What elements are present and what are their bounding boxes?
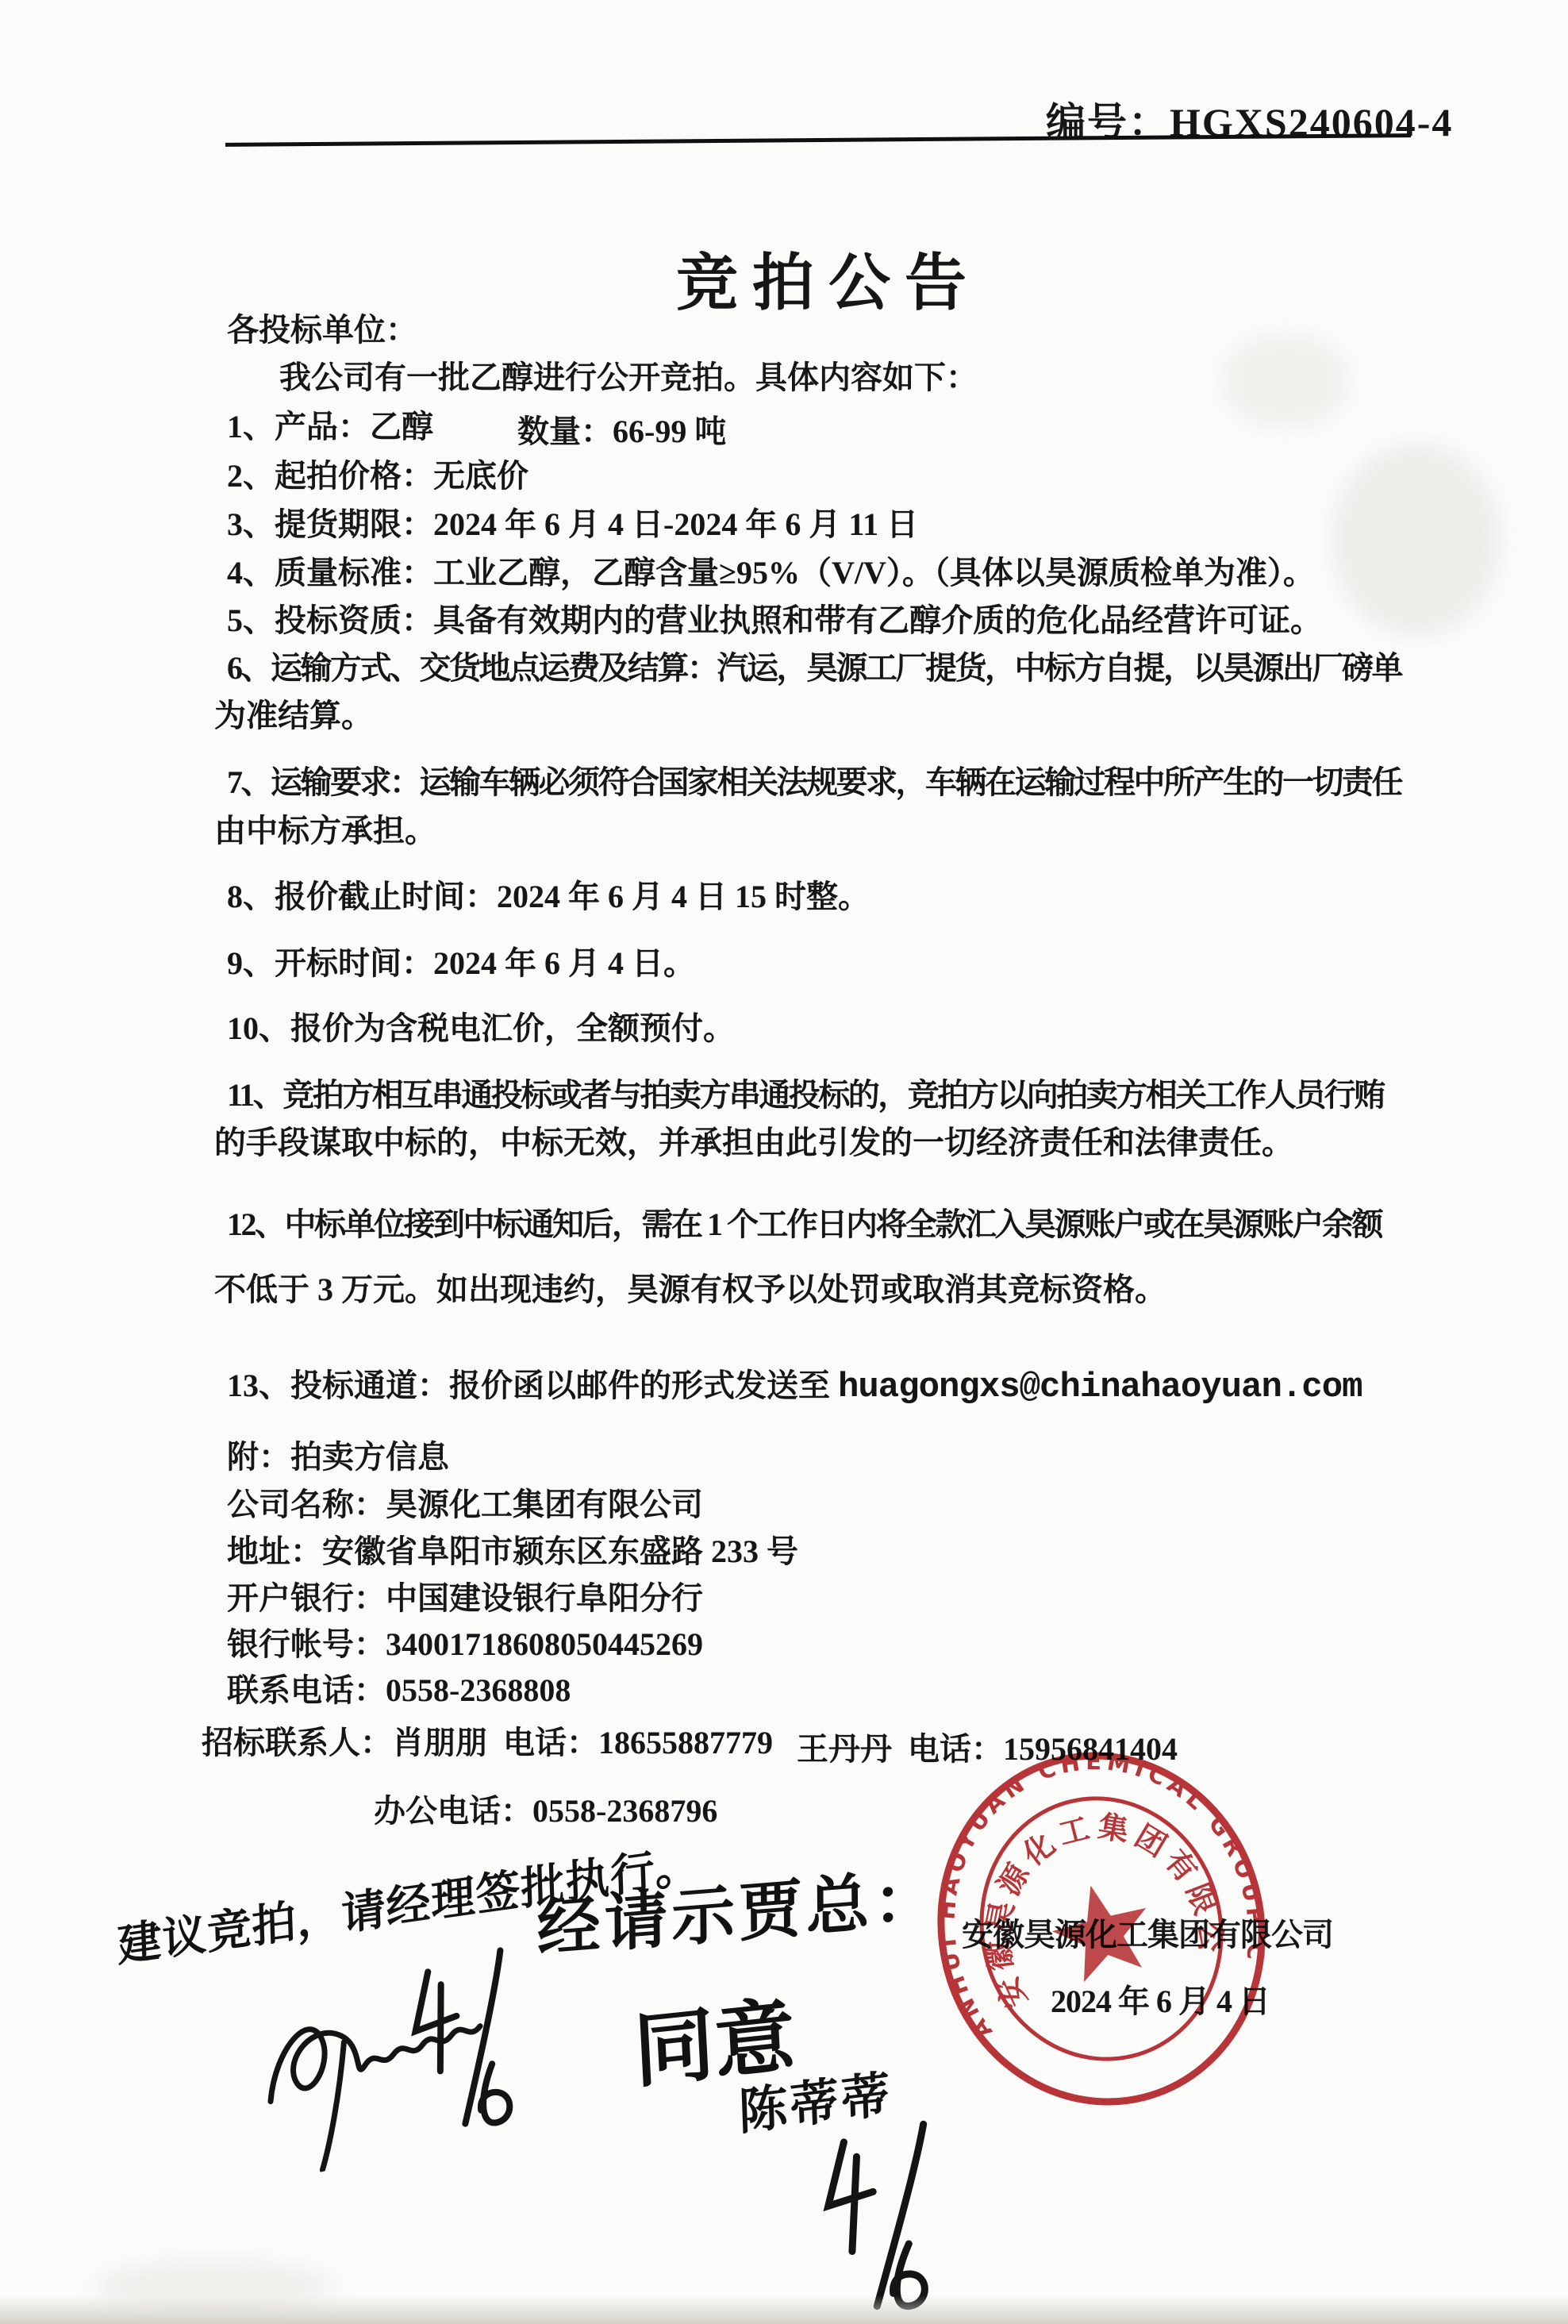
scan-bottom-shadow [0, 2295, 1568, 2324]
item-6-transport-line1: 6、运输方式、交货地点运费及结算：汽运，昊源工厂提货，中标方自提，以昊源出厂磅单 [227, 649, 1401, 687]
seller-bank-account: 银行帐号：34001718608050445269 [227, 1626, 703, 1664]
seller-address: 地址：安徽省阜阳市颍东区东盛路 233 号 [227, 1533, 798, 1571]
page-title: 竞拍公告 [676, 233, 981, 322]
item-12-payment-line1: 12、中标单位接到中标通知后，需在 1 个工作日内将全款汇入昊源账户或在昊源账户… [227, 1206, 1382, 1244]
seal-star-icon [1043, 1874, 1159, 1987]
item-6-transport-line2: 为准结算。 [214, 697, 373, 735]
item-3-pickup-period: 3、提货期限：2024 年 6 月 4 日-2024 年 6 月 11 日 [227, 506, 918, 544]
scan-smudge [1333, 444, 1500, 635]
handwritten-left-date [373, 1936, 564, 2148]
item-13-bid-channel: 13、投标通道：报价函以邮件的形式发送至 huagongxs@chinahaoy… [227, 1367, 1362, 1409]
handwritten-right-date [784, 2112, 986, 2324]
item-7-transport-req-line1: 7、运输要求：运输车辆必须符合国家相关法规要求，车辆在运输过程中所产生的一切责任 [227, 764, 1401, 802]
item-11-collusion-line1: 11、竞拍方相互串通投标或者与拍卖方串通投标的，竞拍方以向拍卖方相关工作人员行贿 [227, 1076, 1384, 1114]
bid-email-address: huagongxs@chinahaoyuan.com [838, 1368, 1362, 1407]
intro-line: 我公司有一批乙醇进行公开竞拍。具体内容如下： [279, 359, 978, 397]
scan-smudge [1222, 333, 1349, 429]
item-4-quality-standard: 4、质量标准：工业乙醇，乙醇含量≥95%（V/V）。（具体以昊源质检单为准）。 [227, 554, 1315, 592]
office-phone: 办公电话：0558-2368796 [374, 1792, 717, 1830]
tender-contact-1: 招标联系人：肖朋朋 电话：18655887779 [202, 1724, 773, 1762]
salutation: 各投标单位： [227, 311, 417, 349]
seller-company-name: 公司名称：昊源化工集团有限公司 [227, 1486, 703, 1524]
item-11-collusion-line2: 的手段谋取中标的，中标无效，并承担由此引发的一切经济责任和法律责任。 [214, 1124, 1293, 1162]
item-10-price-terms: 10、报价为含税电汇价，全额预付。 [227, 1010, 735, 1048]
item-5-bidder-qualification: 5、投标资质：具备有效期内的营业执照和带有乙醇介质的危化品经营许可证。 [227, 602, 1322, 640]
item-13-prefix: 13、投标通道：报价函以邮件的形式发送至 [227, 1368, 838, 1403]
item-1-product: 1、产品：乙醇 [227, 408, 433, 446]
seller-info-heading: 附：拍卖方信息 [227, 1438, 449, 1476]
item-8-quote-deadline: 8、报价截止时间：2024 年 6 月 4 日 15 时整。 [227, 878, 870, 916]
scanned-document-page: 编号：HGXS240604-4 竞拍公告 各投标单位： 我公司有一批乙醇进行公开… [0, 0, 1568, 2324]
item-2-start-price: 2、起拍价格：无底价 [227, 457, 528, 495]
item-1-quantity: 数量：66-99 吨 [517, 413, 726, 451]
item-12-payment-line2: 不低于 3 万元。如出现违约，昊源有权予以处罚或取消其竞标资格。 [214, 1271, 1166, 1309]
seller-phone: 联系电话：0558-2368808 [227, 1672, 571, 1710]
item-9-opening-time: 9、开标时间：2024 年 6 月 4 日。 [227, 945, 695, 983]
item-7-transport-req-line2: 由中标方承担。 [214, 812, 436, 850]
seller-bank: 开户银行：中国建设银行阜阳分行 [227, 1579, 703, 1618]
